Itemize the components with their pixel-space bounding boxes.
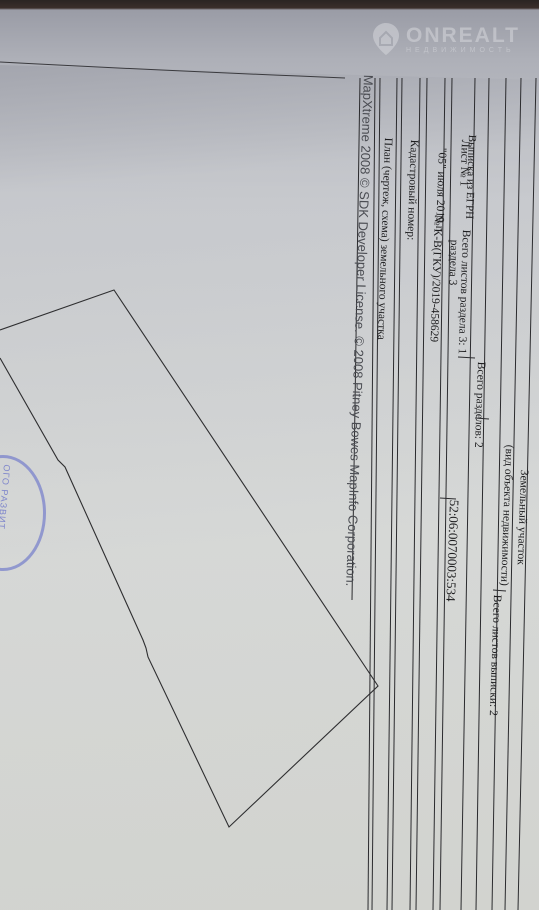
sheet-number: Лист № 1: [457, 140, 471, 187]
parcel-outline: [0, 290, 378, 827]
document-lines: [0, 0, 539, 910]
